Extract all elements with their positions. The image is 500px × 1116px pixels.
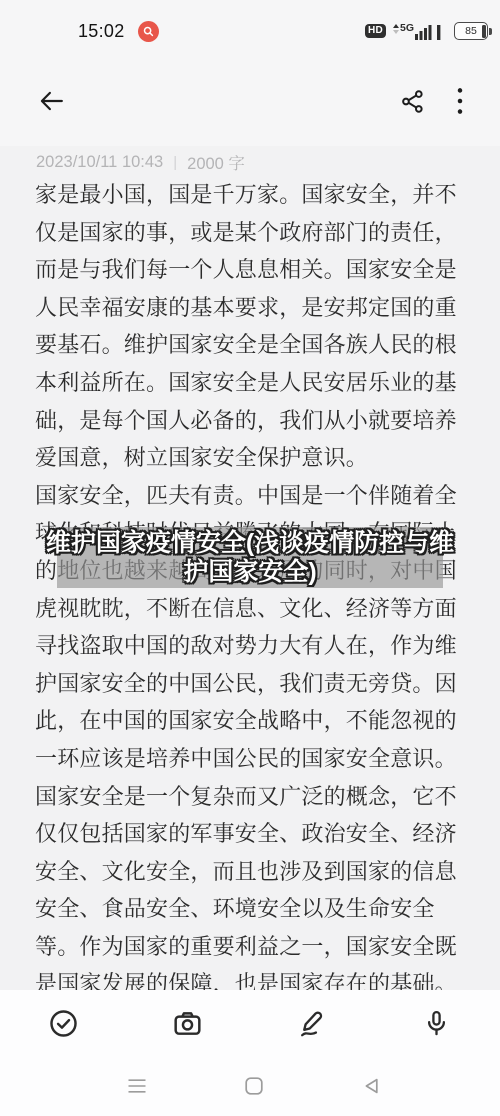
content-line: 要基石。维护国家安全是全国各族人民的根 (35, 326, 465, 364)
magnifier-red-badge-icon (138, 21, 159, 42)
signal-bars-icon (415, 23, 445, 40)
nav-back-button[interactable] (361, 1076, 381, 1096)
network-type-label: 5G (400, 23, 414, 34)
title-caption-overlay: 维护国家疫情安全(浅谈疫情防控与维 护国家安全) (57, 527, 443, 588)
app-header (0, 56, 500, 146)
content-line: 此，在中国的国家安全战略中，不能忽视的 (35, 702, 465, 740)
phone-screen: 15:02 HD 5G (0, 0, 500, 1116)
content-line: 国家安全，匹夫有责。中国是一个伴随着全 (35, 477, 465, 515)
content-line: 安全、文化安全，而且也涉及到国家的信息 (35, 853, 465, 891)
editor-toolbar (0, 990, 500, 1056)
camera-button[interactable] (171, 1006, 205, 1040)
content-line: 寻找盗取中国的敌对势力大有人在，作为维 (35, 627, 465, 665)
nav-home-button[interactable] (244, 1076, 264, 1096)
content-line: 虎视眈眈，不断在信息、文化、经济等方面 (35, 590, 465, 628)
content-line: 等。作为国家的重要利益之一，国家安全既 (35, 928, 465, 966)
caption-line: 护国家安全) (183, 558, 316, 587)
check-circle-button[interactable] (46, 1006, 80, 1040)
status-right: HD 5G 85 (365, 22, 488, 40)
system-nav-bar (0, 1056, 500, 1116)
nav-menu-button[interactable] (127, 1076, 147, 1096)
content-line: 本利益所在。国家安全是人民安居乐业的基 (35, 364, 465, 402)
microphone-button[interactable] (420, 1006, 454, 1040)
content-line: 仅仅包括国家的军事安全、政治安全、经济 (35, 815, 465, 853)
content-line: 护国家安全的中国公民，我们责无旁贷。因 (35, 665, 465, 703)
meta-divider: | (173, 154, 177, 171)
content-line: 而是与我们每一个人息息相关。国家安全是 (35, 251, 465, 289)
caption-line: 维护国家疫情安全(浅谈疫情防控与维 (46, 529, 454, 558)
battery-indicator: 85 (454, 22, 488, 40)
battery-percent: 85 (465, 26, 477, 37)
battery-nub (489, 28, 492, 35)
note-date: 2023/10/11 10:43 (36, 153, 163, 172)
note-meta: 2023/10/11 10:43 | 2000 字 (36, 150, 464, 174)
content-line: 人民幸福安康的基本要求，是安邦定国的重 (35, 289, 465, 327)
battery-fill (482, 25, 486, 38)
content-line: 一环应该是培养中国公民的国家安全意识。 (35, 740, 465, 778)
content-line: 国家安全是一个复杂而又广泛的概念，它不 (35, 778, 465, 816)
more-menu-button[interactable] (456, 87, 464, 115)
signature-pen-button[interactable] (295, 1006, 329, 1040)
hd-badge: HD (365, 24, 386, 38)
content-line: 家是最小国，国是千万家。国家安全，并不 (35, 176, 465, 214)
back-button[interactable] (36, 88, 66, 114)
content-line: 安全、食品安全、环境安全以及生命安全 (35, 890, 465, 928)
share-button[interactable] (399, 88, 426, 115)
content-line: 础，是每个国人必备的，我们从小就要培养 (35, 402, 465, 440)
network-status: 5G (393, 23, 445, 40)
note-word-count: 2000 字 (187, 150, 245, 174)
clock: 15:02 (78, 21, 125, 42)
status-left: 15:02 (78, 21, 159, 42)
data-activity-icon (393, 24, 399, 34)
status-bar: 15:02 HD 5G (0, 0, 500, 56)
content-line: 仅是国家的事，或是某个政府部门的责任， (35, 214, 465, 252)
content-line: 爱国意，树立国家安全保护意识。 (35, 439, 465, 477)
content-line: 是国家发展的保障，也是国家存在的基础。 (35, 965, 465, 990)
